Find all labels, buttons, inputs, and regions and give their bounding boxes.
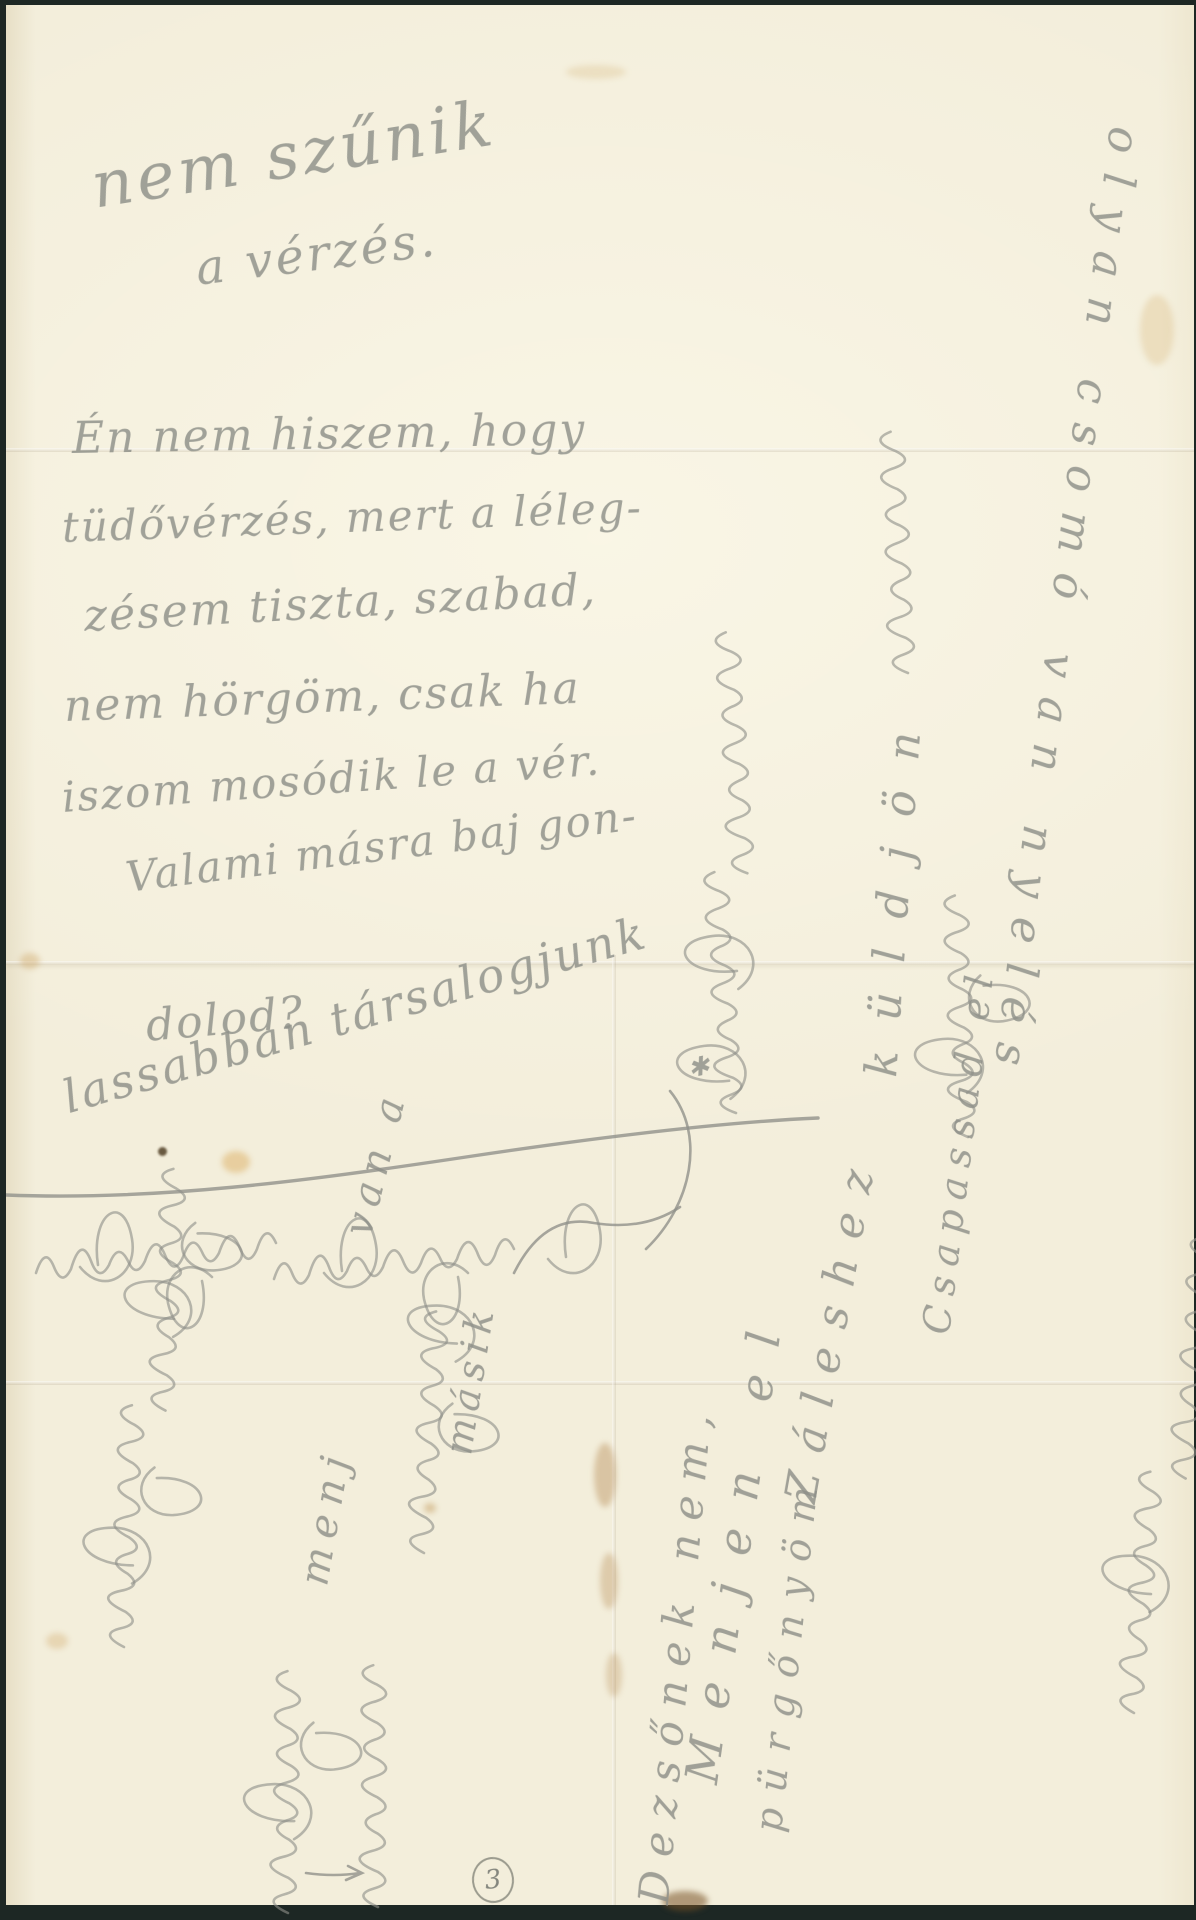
body-line-3: zésem tiszta, szabad, [83, 568, 598, 639]
fold-crease-horizontal-3 [6, 1381, 1194, 1385]
note-kuldjon: küldjön [860, 701, 930, 1079]
scrawl-column-left-3 [339, 1664, 408, 1907]
note-zaleshez: Záleshez [779, 1147, 884, 1506]
note-csapassad: Csapassad el [917, 964, 1000, 1337]
scrawl-column-left-1 [68, 1164, 253, 1656]
note-van-a: van a [339, 1086, 414, 1240]
page-number: 3 [483, 1864, 503, 1896]
pencil-divider-stroke [6, 1118, 818, 1196]
scrawl-column-left-2 [231, 1668, 370, 1920]
stain [424, 1503, 436, 1513]
stain [222, 1151, 250, 1173]
stain [600, 1553, 618, 1609]
stain [46, 1633, 68, 1649]
pencil-tick-mark [306, 1866, 362, 1880]
asterisk-mark: ✱ [685, 1053, 712, 1083]
body-line-2: tüdővérzés, mert a léleg- [61, 487, 643, 549]
page-number-badge: 3 [470, 1855, 517, 1905]
scrawl-right-edge [1076, 1231, 1196, 1715]
stain [606, 1653, 622, 1697]
fold-crease-vertical [612, 955, 616, 1905]
body-line-4: nem hörgöm, csak ha [63, 667, 581, 729]
scrawl-above-kuldjon [868, 431, 925, 673]
stain [594, 1443, 616, 1507]
stain [20, 953, 40, 969]
body-line-1: Én nem hiszem, hogy [72, 408, 587, 461]
stain [158, 1147, 167, 1156]
note-right-column: olyan csomó van nyelés [985, 124, 1146, 1087]
scrawl-column-center-right [675, 631, 764, 1113]
note-masik: másik [439, 1300, 501, 1457]
letter-paper: nem szűnik a vérzés. Én nem hiszem, hogy… [6, 5, 1194, 1905]
stain [1140, 295, 1174, 365]
note-menj: menj [294, 1444, 358, 1589]
heading-line-1: nem szűnik [87, 92, 500, 219]
stain [566, 65, 626, 79]
heading-line-2: a vérzés. [193, 216, 440, 293]
